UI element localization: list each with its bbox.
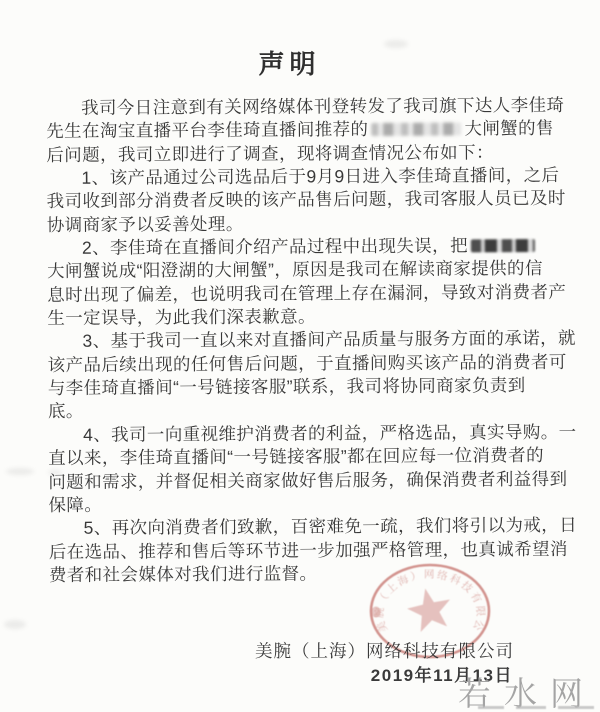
text-line: 5、再次向消费者们致歉，百密难免一疏，我们将引以为戒，日 bbox=[49, 514, 589, 541]
text-line: 费者和社会媒体对我们进行监督。 bbox=[49, 561, 589, 588]
text-line: 大闸蟹说成“阳澄湖的大闸蟹”，原因是我司在解读商家提供的信 bbox=[47, 257, 587, 284]
line-text: 我司今日注意到有关网络媒体刊登转发了我司旗下达人李佳琦 bbox=[81, 95, 564, 118]
text-line: 1、该产品通过公司选品后于9月9日进入李佳琦直播间，之后 bbox=[46, 164, 586, 191]
text-line: 3、基于我司一直以来对直播间产品质量与服务方面的承诺，就 bbox=[47, 327, 587, 354]
line-text: 1、该产品通过公司选品后于9月9日进入李佳琦直播间，之后 bbox=[81, 165, 559, 188]
line-text: 大闸蟹的售 bbox=[464, 118, 554, 139]
line-text: 该产品后续出现的任何售后问题，于直播间购买该产品的消费者可 bbox=[48, 352, 567, 375]
text-line: 该产品后续出现的任何售后问题，于直播间购买该产品的消费者可 bbox=[48, 350, 588, 377]
blurred-product-name bbox=[471, 239, 535, 252]
line-text: 直以来，李佳琦直播间“一号链接客服”都在回应每一位消费者的 bbox=[48, 445, 544, 468]
scan-smudge bbox=[4, 620, 26, 629]
text-line: 我司收到部分消费者反映的该产品售后问题，我司客服人员已及时 bbox=[47, 187, 587, 214]
text-line: 2、李佳琦在直播间介绍产品过程中出现失误，把 bbox=[47, 234, 587, 261]
scan-smudge bbox=[6, 468, 34, 475]
text-line: 先生在淘宝直播平台李佳琦直播间推荐的大闸蟹的售 bbox=[46, 117, 586, 144]
line-text: 保障。 bbox=[48, 495, 102, 515]
star-icon bbox=[404, 584, 455, 634]
company-signature: 美腕（上海）网络科技有限公司 bbox=[255, 638, 514, 663]
scan-smudge bbox=[384, 40, 408, 48]
watermark-underline bbox=[478, 706, 504, 709]
line-text: 底。 bbox=[48, 401, 84, 421]
page-title: 声明 bbox=[0, 44, 574, 81]
text-line: 4、我司一向重视维护消费者的利益，严格选品，真实导购。一 bbox=[48, 421, 588, 448]
text-line: 底。 bbox=[48, 397, 588, 424]
line-text: 我司收到部分消费者反映的该产品售后问题，我司客服人员已及时 bbox=[47, 188, 566, 211]
line-text: 息时出现了偏差，也说明我司在管理上存在漏洞，导致对消费者产 bbox=[47, 282, 566, 305]
text-line: 直以来，李佳琦直播间“一号链接客服”都在回应每一位消费者的 bbox=[48, 444, 588, 471]
document-body: 我司今日注意到有关网络媒体刊登转发了我司旗下达人李佳琦先生在淘宝直播平台李佳琦直… bbox=[46, 94, 589, 588]
text-line: 与李佳琦直播间“一号链接客服”联系，我司将协同商家负责到 bbox=[48, 374, 588, 401]
line-text: 先生在淘宝直播平台李佳琦直播间推荐的 bbox=[46, 119, 368, 141]
line-text: 5、再次向消费者们致歉，百密难免一疏，我们将引以为戒，日 bbox=[84, 515, 578, 538]
scan-smudge bbox=[48, 470, 62, 475]
text-line: 问题和需求，并督促相关商家做好售后服务，确保消费者利益得到 bbox=[48, 467, 588, 494]
line-text: 4、我司一向重视维护消费者的利益，严格选品，真实导购。一 bbox=[83, 422, 577, 445]
watermark-underline bbox=[558, 706, 594, 709]
text-line: 我司今日注意到有关网络媒体刊登转发了我司旗下达人李佳琦 bbox=[46, 94, 586, 121]
text-line: 生一定误导，为此我们深表歉意。 bbox=[47, 304, 587, 331]
text-line: 后在选品、推荐和售后等环节进一步加强严格管理，也真诚希望消 bbox=[49, 537, 589, 564]
line-text: 2、李佳琦在直播间介绍产品过程中出现失误，把 bbox=[82, 235, 468, 257]
line-text: 费者和社会媒体对我们进行监督。 bbox=[49, 563, 318, 585]
line-text: 与李佳琦直播间“一号链接客服”联系，我司将协同商家负责到 bbox=[48, 375, 526, 398]
line-text: 3、基于我司一直以来对直播间产品质量与服务方面的承诺，就 bbox=[82, 328, 576, 351]
line-text: 后问题，我司立即进行了调查，现将调查情况公布如下： bbox=[46, 142, 494, 165]
watermark-underline bbox=[516, 706, 546, 709]
text-line: 息时出现了偏差，也说明我司在管理上存在漏洞，导致对消费者产 bbox=[47, 280, 587, 307]
line-text: 生一定误导，为此我们深表歉意。 bbox=[47, 306, 316, 328]
line-text: 协调商家予以妥善处理。 bbox=[47, 214, 244, 235]
blurred-product-name bbox=[371, 123, 461, 137]
text-line: 保障。 bbox=[48, 491, 588, 518]
line-text: 问题和需求，并督促相关商家做好售后服务，确保消费者利益得到 bbox=[48, 468, 567, 491]
text-line: 后问题，我司立即进行了调查，现将调查情况公布如下： bbox=[46, 140, 586, 167]
text-line: 协调商家予以妥善处理。 bbox=[47, 210, 587, 237]
line-text: 大闸蟹说成“阳澄湖的大闸蟹”，原因是我司在解读商家提供的信 bbox=[47, 258, 543, 281]
statement-document-page: 声明 我司今日注意到有关网络媒体刊登转发了我司旗下达人李佳琦先生在淘宝直播平台李… bbox=[0, 0, 600, 712]
